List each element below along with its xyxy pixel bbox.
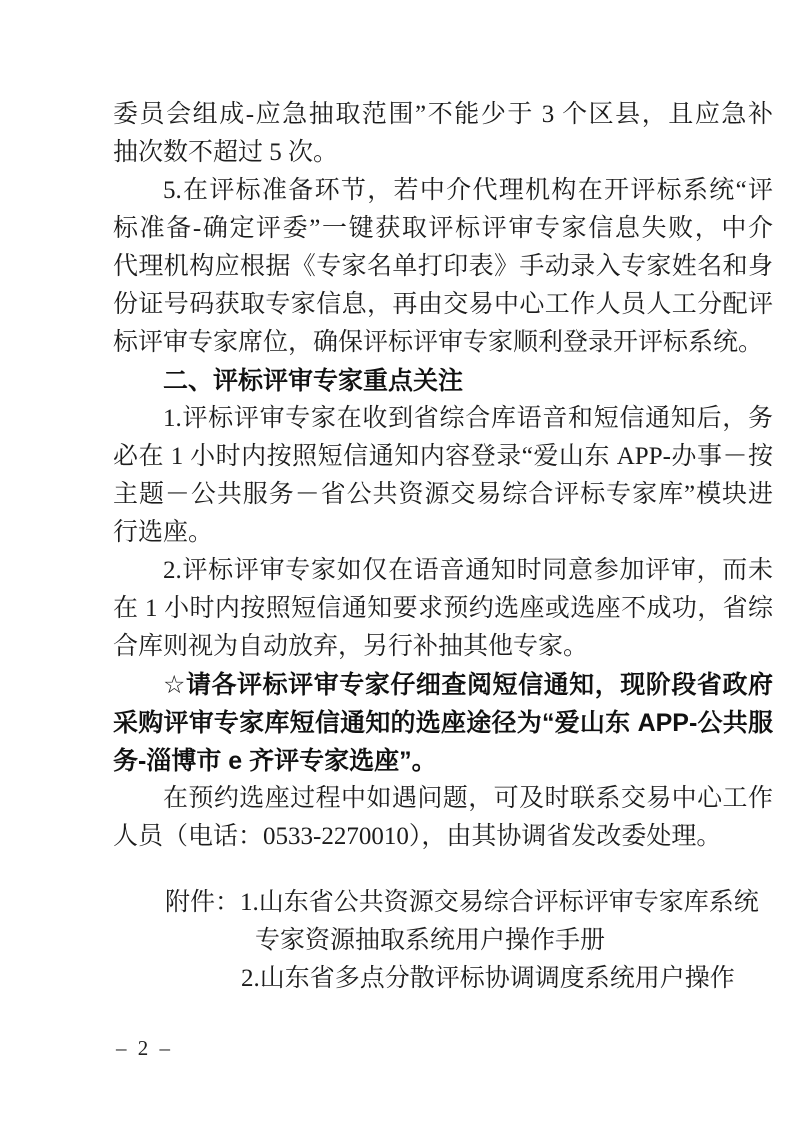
paragraph: 委员会组成-应急抽取范围”不能少于 3 个区县，且应急补抽次数不超过 5 次。 — [113, 96, 773, 172]
text-line: 份证号码获取专家信息，再由交易中心工作人员人工分配评 — [113, 286, 773, 324]
document-body: 委员会组成-应急抽取范围”不能少于 3 个区县，且应急补抽次数不超过 5 次。5… — [113, 96, 773, 856]
attachment-item-line: 专家资源抽取系统用户操作手册 — [113, 922, 773, 960]
text-line: 5.在评标准备环节，若中介代理机构在开评标系统“评 — [113, 172, 773, 210]
text-line: 2.评标评审专家如仅在语音通知时同意参加评审，而未 — [113, 552, 773, 590]
attachment-label-line: 附件：1.山东省公共资源交易综合评标评审专家库系统 — [113, 884, 773, 922]
attachment-item-line: 2.山东省多点分散评标协调调度系统用户操作 — [113, 960, 773, 998]
attachment-section: 附件：1.山东省公共资源交易综合评标评审专家库系统专家资源抽取系统用户操作手册2… — [113, 884, 773, 998]
text-line: 人员（电话：0533-2270010），由其协调省发改委处理。 — [113, 818, 773, 856]
paragraph: ☆请各评标评审专家仔细查阅短信通知，现阶段省政府采购评审专家库短信通知的选座途径… — [113, 666, 773, 780]
text-line: 采购评审专家库短信通知的选座途径为“爱山东 APP-公共服 — [113, 704, 773, 742]
text-line: 在预约选座过程中如遇问题，可及时联系交易中心工作 — [113, 780, 773, 818]
text-line: 合库则视为自动放弃，另行补抽其他专家。 — [113, 628, 773, 666]
attachment-section-holder: 附件：1.山东省公共资源交易综合评标评审专家库系统专家资源抽取系统用户操作手册2… — [113, 884, 773, 998]
text-line: 1.评标评审专家在收到省综合库语音和短信通知后，务 — [113, 400, 773, 438]
text-line: 标评审专家席位，确保评标评审专家顺利登录开评标系统。 — [113, 324, 773, 362]
text-line: 抽次数不超过 5 次。 — [113, 134, 773, 172]
text-line: 行选座。 — [113, 514, 773, 552]
document-page: 委员会组成-应急抽取范围”不能少于 3 个区县，且应急补抽次数不超过 5 次。5… — [0, 0, 793, 1122]
paragraph: 1.评标评审专家在收到省综合库语音和短信通知后，务必在 1 小时内按照短信通知内… — [113, 400, 773, 552]
text-line: 二、评标评审专家重点关注 — [113, 362, 773, 400]
paragraph: 5.在评标准备环节，若中介代理机构在开评标系统“评标准备-确定评委”一键获取评标… — [113, 172, 773, 362]
text-line: 标准备-确定评委”一键获取评标评审专家信息失败，中介 — [113, 210, 773, 248]
text-line: 必在 1 小时内按照短信通知内容登录“爱山东 APP-办事－按 — [113, 438, 773, 476]
text-line: 委员会组成-应急抽取范围”不能少于 3 个区县，且应急补 — [113, 96, 773, 134]
text-line: 务-淄博市 e 齐评专家选座”。 — [113, 742, 773, 780]
text-line: 主题－公共服务－省公共资源交易综合评标专家库”模块进 — [113, 476, 773, 514]
text-line: 代理机构应根据《专家名单打印表》手动录入专家姓名和身 — [113, 248, 773, 286]
footer-page-number: – 2 – — [116, 1036, 173, 1061]
section-heading: 二、评标评审专家重点关注 — [113, 362, 773, 400]
text-line: 在 1 小时内按照短信通知要求预约选座或选座不成功，省综 — [113, 590, 773, 628]
paragraph: 在预约选座过程中如遇问题，可及时联系交易中心工作人员（电话：0533-22700… — [113, 780, 773, 856]
paragraph: 2.评标评审专家如仅在语音通知时同意参加评审，而未在 1 小时内按照短信通知要求… — [113, 552, 773, 666]
text-line: ☆请各评标评审专家仔细查阅短信通知，现阶段省政府 — [113, 666, 773, 704]
